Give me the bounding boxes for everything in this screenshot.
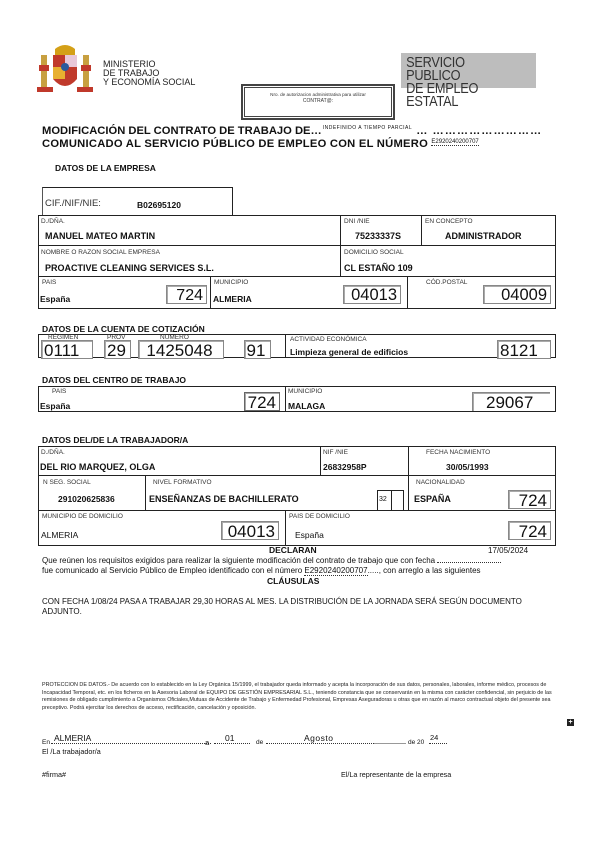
declaran-date: 17/05/2024 xyxy=(488,546,528,555)
concepto-label: EN CONCEPTO xyxy=(425,218,473,225)
proteccion-datos: PROTECCION DE DATOS.- De acuerdo con lo … xyxy=(42,682,557,712)
actividad-value: Limpieza general de edificios xyxy=(290,347,408,357)
declaran-line2: fue comunicado al Servicio Público de Em… xyxy=(42,566,481,575)
divider xyxy=(38,308,556,309)
divider xyxy=(38,446,39,545)
cp-label: CÓD.POSTAL xyxy=(426,279,467,286)
divider xyxy=(407,276,408,308)
contract-type: INDEFINIDO A TIEMPO PARCIAL xyxy=(323,125,412,131)
section-empresa: DATOS DE LA EMPRESA xyxy=(55,163,156,173)
divider xyxy=(38,386,556,387)
firma-a: a xyxy=(205,738,209,747)
clausula-text: CON FECHA 1/08/24 PASA A TRABAJAR 29,30 … xyxy=(42,597,557,617)
declaran-number: E2920240200707 xyxy=(304,566,367,576)
title-line1: MODIFICACIÓN DEL CONTRATO DE TRABAJO DE…… xyxy=(42,125,542,137)
divider xyxy=(555,386,556,411)
declaran-text: , con arreglo a las siguientes xyxy=(379,566,481,575)
trab-mundom-value: ALMERIA xyxy=(41,530,78,540)
title-text: COMUNICADO AL SERVICIO PÚBLICO DE EMPLEO… xyxy=(42,138,428,150)
declaran-title: DECLARAN xyxy=(269,545,317,555)
divider xyxy=(38,334,39,357)
trab-nivel-value: ENSEÑANZAS DE BACHILLERATO xyxy=(149,494,299,504)
plus-icon[interactable]: + xyxy=(567,719,574,726)
divider xyxy=(38,446,556,447)
regimen-value: 0111 xyxy=(41,340,93,359)
firma-de20: de 20 xyxy=(408,739,424,746)
trab-nacimiento-label: FECHA NACIMIENTO xyxy=(426,449,490,456)
pais-label: PAIS xyxy=(42,279,56,286)
divider xyxy=(285,510,286,545)
cp-value: 04009 xyxy=(483,285,551,304)
trab-paisdom-value: España xyxy=(295,530,324,540)
trab-mundom-code: 04013 xyxy=(221,521,279,540)
firma-dia[interactable]: 01 xyxy=(225,733,234,743)
trab-mundom-label: MUNICIPIO DE DOMICILIO xyxy=(42,513,123,520)
centro-pais-label: PAIS xyxy=(52,388,66,395)
actividad-label: ACTIVIDAD ECONÓMICA xyxy=(290,336,367,343)
divider xyxy=(38,510,556,511)
cif-value: B02695120 xyxy=(137,200,181,210)
centro-pais-value: España xyxy=(40,401,70,411)
dona-label: D./DÑA. xyxy=(41,218,65,225)
ministry-line: Y ECONOMÍA SOCIAL xyxy=(103,78,195,87)
declaran-text: fue comunicado al Servicio Público de Em… xyxy=(42,566,302,575)
divider xyxy=(320,446,321,475)
trab-nivel-code: 32 xyxy=(379,496,387,503)
pais-value: España xyxy=(40,294,70,304)
divider xyxy=(38,245,556,246)
divider xyxy=(38,215,556,216)
divider xyxy=(38,475,556,476)
centro-municipio-label: MUNICIPIO xyxy=(288,388,322,395)
firma-line: En ALMERIA a 01 de Agosto de 20 24 xyxy=(42,733,562,747)
municipio-label: MUNICIPIO xyxy=(214,279,248,286)
sepe-logo: SERVICIO PUBLICO DE EMPLEO ESTATAL xyxy=(401,53,536,88)
trab-nss-label: N SEG. SOCIAL xyxy=(43,479,91,486)
pais-code: 724 xyxy=(166,285,207,304)
centro-pais-code: 724 xyxy=(244,392,280,411)
declaran-text: Que reúnen los requisitos exigidos para … xyxy=(42,556,435,565)
numero-value: 1425048 xyxy=(138,340,224,359)
firma-anio[interactable]: 24 xyxy=(430,733,438,742)
municipio-value: ALMERIA xyxy=(213,294,252,304)
auth-box: Nro. de autorizacion administrativa para… xyxy=(241,84,395,120)
dona-value: MANUEL MATEO MARTIN xyxy=(45,231,155,241)
section-trabajador: DATOS DEL/DE LA TRABAJADOR/A xyxy=(42,435,188,445)
sepe-line: SERVICIO PUBLICO xyxy=(401,53,516,82)
trab-nivel-code-box: 32 xyxy=(377,490,404,510)
divider xyxy=(555,215,556,308)
domicilio-value: CL ESTAÑO 109 xyxy=(344,263,413,273)
ministry-name: MINISTERIO DE TRABAJO Y ECONOMÍA SOCIAL xyxy=(103,60,195,87)
firma-representante-label: El/La representante de la empresa xyxy=(341,770,451,779)
divider xyxy=(38,411,556,412)
firma-trabajador-label: El /La trabajador/a xyxy=(42,747,101,756)
cif-label: CIF./NIF/NIE: xyxy=(45,198,101,209)
trab-nif-value: 26832958P xyxy=(323,462,367,472)
section-cotizacion: DATOS DE LA CUENTA DE COTIZACIÓN xyxy=(42,324,205,334)
auth-contrata: CONTRAT@: xyxy=(243,98,393,104)
declaran-line1: Que reúnen los requisitos exigidos para … xyxy=(42,556,501,565)
firma-en: En xyxy=(42,739,50,746)
divider xyxy=(340,215,341,276)
firma-de: de xyxy=(256,739,263,746)
firma-mes[interactable]: Agosto xyxy=(304,733,333,743)
centro-municipio-code: 29067 xyxy=(472,392,550,411)
trab-dona-label: D./DÑA. xyxy=(41,449,65,456)
dni-value: 75233337S xyxy=(355,231,401,241)
title-text: MODIFICACIÓN DEL CONTRATO DE TRABAJO DE xyxy=(42,125,311,137)
trab-nacionalidad-value: ESPAÑA xyxy=(414,494,451,504)
razon-value: PROACTIVE CLEANING SERVICES S.L. xyxy=(45,263,214,273)
divider xyxy=(210,276,211,308)
trab-nif-label: NIF /NIE xyxy=(323,449,348,456)
firma-tag: #firma# xyxy=(42,770,66,779)
clausulas-title: CLÁUSULAS xyxy=(267,576,319,586)
divider xyxy=(285,386,286,411)
divider xyxy=(555,446,556,545)
firma-lugar[interactable]: ALMERIA xyxy=(54,733,91,743)
divider xyxy=(285,334,286,357)
trab-nacionalidad-label: NACIONALIDAD xyxy=(416,479,465,486)
trab-nss-value: 291020625836 xyxy=(58,494,115,504)
divider xyxy=(145,475,146,510)
prov-value: 29 xyxy=(104,340,131,359)
trab-paisdom-code: 724 xyxy=(508,521,551,540)
centro-municipio-value: MALAGA xyxy=(288,401,325,411)
dc-value: 91 xyxy=(244,340,271,359)
trab-nacionalidad-code: 724 xyxy=(508,490,551,509)
divider xyxy=(408,446,409,510)
sepe-line: DE EMPLEO ESTATAL xyxy=(401,82,516,108)
municipio-code: 04013 xyxy=(343,285,401,304)
domicilio-label: DOMICILIO SOCIAL xyxy=(344,249,404,256)
divider xyxy=(555,334,556,357)
concepto-value: ADMINISTRADOR xyxy=(445,231,522,241)
divider xyxy=(38,276,556,277)
coat-of-arms-icon xyxy=(37,43,93,95)
divider xyxy=(421,215,422,245)
trab-dona-value: DEL RIO MARQUEZ, OLGA xyxy=(40,462,155,472)
trab-paisdom-label: PAIS DE DOMICILIO xyxy=(289,513,350,520)
title-number: E2920240200707 xyxy=(431,139,478,146)
trab-nivel-label: NIVEL FORMATIVO xyxy=(153,479,212,486)
actividad-code: 8121 xyxy=(497,340,551,359)
title-line2: COMUNICADO AL SERVICIO PÚBLICO DE EMPLEO… xyxy=(42,138,479,150)
section-centro: DATOS DEL CENTRO DE TRABAJO xyxy=(42,375,186,385)
dni-label: DNI /NIE xyxy=(344,218,370,225)
trab-nacimiento-value: 30/05/1993 xyxy=(446,462,489,472)
divider xyxy=(38,386,39,411)
razon-label: NOMBRE O RAZON SOCIAL EMPRESA xyxy=(41,249,160,256)
divider xyxy=(38,215,39,308)
